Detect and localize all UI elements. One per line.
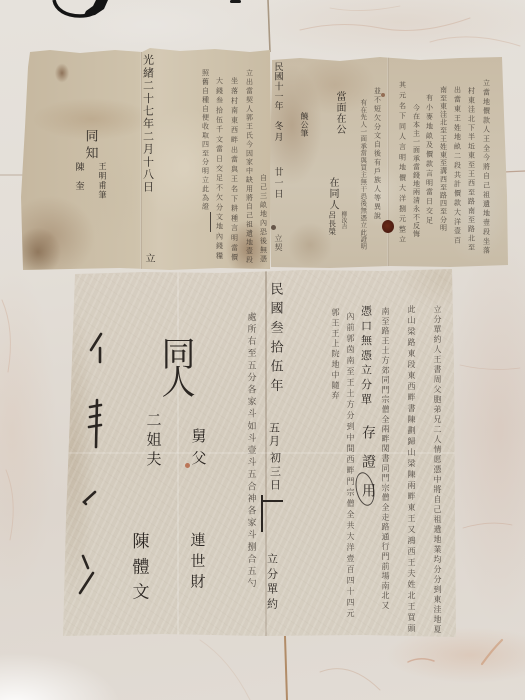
body-column: 其元名下同人言明地價大洋捌元整立 — [399, 81, 406, 246]
black-strap — [0, 0, 260, 24]
body-column: 今在本主一面承當錢地兩清永不反悔 — [413, 104, 420, 238]
tile-seam-top — [268, 0, 270, 52]
date-year: 民國叁拾伍年 — [269, 282, 282, 398]
witness-name: 呂長榮 — [328, 211, 336, 236]
body-column: 郭王王上院地中隨弃 — [331, 308, 339, 402]
signatory-name: 陳奎 — [74, 162, 83, 200]
wax-seal-blot — [382, 220, 394, 233]
title-mark: 立分單約 — [267, 553, 278, 613]
closing-mark: 立契 — [274, 234, 282, 252]
witness-heading: 同知 — [84, 129, 97, 163]
body-column: 此山梁路東段東西畔書陳劃歸山梁陳兩畔東王又鴻西王夫姓北王買頭 — [407, 305, 415, 635]
witness-name: 連世財 — [190, 532, 205, 594]
body-column: 內前郭茵南至王土方分到中間西畔門宗僧全共大洋壹百四十四元 — [346, 312, 354, 620]
in-person-note: 當面在公 — [334, 91, 344, 135]
witness-name: 陳體文 — [130, 532, 147, 608]
ink-speck — [381, 93, 385, 97]
middle-column: 有在先人一面承當與買主無干恐後無憑立此證明 — [360, 99, 367, 250]
body-column: 坐落村南東西畔出當與王名下耕種言明當價 — [231, 77, 238, 263]
witness-label: 在同人 — [327, 177, 337, 211]
tile-seam-bottom — [285, 636, 287, 700]
body-column: 南至路王土方郊同門宗僧全兩畔関書同門宗僧全走路通行門前場南北又 — [381, 307, 389, 611]
witness-name: 柳汝吉 — [340, 211, 346, 229]
fold-line — [387, 55, 389, 270]
document-top-right-minguo-deed: 民國十一年 冬月 廿一日 立契 饒公筆 當面在公 並不短欠分文自後有戶族人等異說… — [270, 55, 509, 270]
tile-seam-right — [503, 171, 525, 172]
body-column: 立出當契人郭王氏今因家中缺用將自己祖遺地壹段 — [246, 69, 253, 265]
ink-stroke-mark — [262, 500, 283, 502]
body-column: 大錢叁拾伍千文當日交足不欠分文地內錢糧 — [216, 77, 223, 261]
ink-speck — [271, 225, 276, 230]
date-month: 冬月 — [273, 121, 282, 143]
date-day: 初三日 — [270, 452, 281, 492]
body-column: 南至東洼北至王姓東至溝西至路四至分明 — [440, 86, 447, 232]
left-margin-split-character-fragments — [63, 268, 457, 638]
date: 光緒二十七年二月十八日 — [143, 54, 154, 194]
middle-column: 並不短欠分文自後有戶族人等異說 — [374, 87, 381, 221]
scribe: 饒公筆 — [300, 112, 308, 138]
document-bottom-division-contract: 民國叁拾伍年 五月 初三日 處所右至五分各家斗如斗壹斗五合神各家斗捌合五勺 立分… — [63, 268, 457, 638]
closing-mark: 立 — [143, 253, 153, 263]
date-month: 五月 — [269, 422, 280, 448]
witness-relation: 二姐夫 — [146, 412, 161, 470]
body-column: 有小麥地畝及價款言明當日交足 — [426, 94, 433, 226]
red-ink-dot — [185, 463, 190, 468]
photo-scene: 民國叁拾伍年 五月 初三日 處所右至五分各家斗如斗壹斗五合神各家斗捌合五勺 立分… — [0, 0, 525, 700]
date-year: 民國十一年 — [273, 62, 282, 111]
body-column: 出當東王姓地畝二段共計價款大洋壹百 — [454, 86, 461, 246]
date-day: 廿一日 — [273, 167, 282, 200]
body-column: 自己三畝地內恐後無憑 — [260, 174, 267, 264]
ink-stroke-mark — [210, 212, 211, 232]
measure-column: 處所右至五分各家斗如斗壹斗五合神各家斗捌合五勺 — [246, 312, 255, 590]
signatory-name: 王明甫筆 — [98, 162, 106, 200]
body-column: 照舊自種自便收取四至分明立此為證 — [202, 69, 209, 211]
body-column: 村東洼北下半坵東至王西至路南至路北至 — [468, 87, 475, 253]
closing-phrase: 憑口無憑立分單 — [361, 305, 372, 408]
witness-relation: 舅父 — [191, 428, 206, 472]
body-column: 立分單約人王書周父胞弟兄二人情愿憑中將自己祖遺地業均分分到東洼地夏 — [433, 305, 441, 635]
document-top-left-guangxu-deed: 光緒二十七年二月十八日 立 自己三畝地內恐後無憑 立出當契人郭王氏今因家中缺用將… — [20, 47, 272, 271]
witness-heading: 同人 — [158, 336, 192, 392]
body-column: 立當地價款人王全今將自己祖遺地壹段坐落 — [483, 79, 490, 256]
